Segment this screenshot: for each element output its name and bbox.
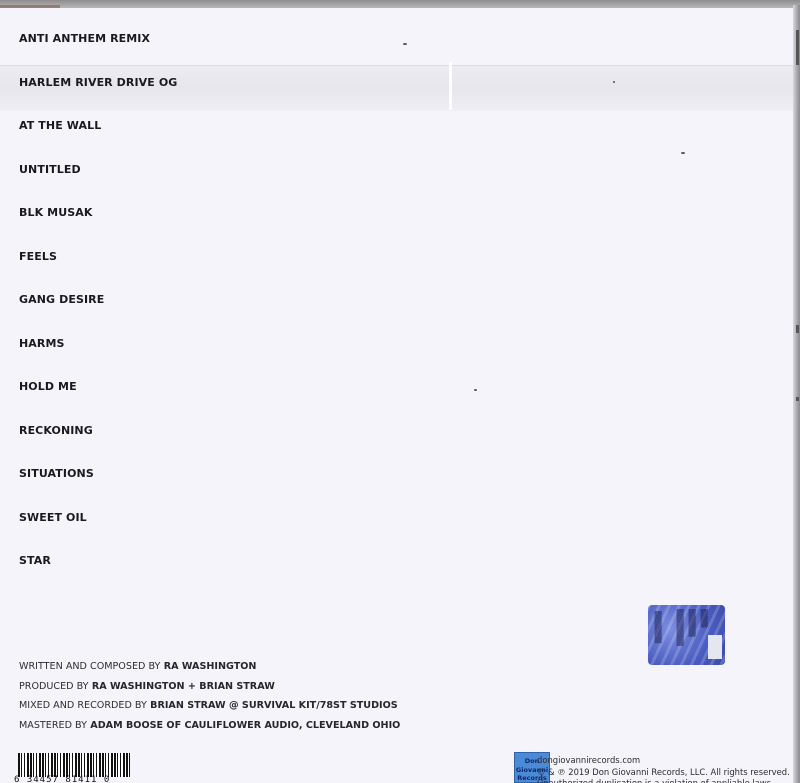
track-title: FEELS: [19, 250, 177, 294]
spine-mark: [796, 325, 799, 333]
barcode: 6 34457 81411 0: [14, 753, 134, 783]
label-legal-text: dongiovannirecords.com © & ℗ 2019 Don Gi…: [537, 755, 790, 783]
track-title: AT THE WALL: [19, 119, 177, 163]
track-title: ANTI ANTHEM REMIX: [19, 32, 177, 76]
credits-block: WRITTEN AND COMPOSED BY RA WASHINGTON PR…: [19, 661, 400, 739]
credit-mastered: MASTERED BY ADAM BOOSE OF CAULIFLOWER AU…: [19, 720, 400, 740]
shrinkwrap-glare: [449, 62, 452, 110]
track-title: STAR: [19, 554, 177, 598]
barcode-digits: 6 34457 81411 0: [14, 775, 110, 783]
credit-name: RA WASHINGTON: [164, 661, 257, 672]
track-title: UNTITLED: [19, 163, 177, 207]
hologram-code-label: [708, 635, 722, 659]
credit-role: MASTERED BY: [19, 720, 87, 731]
track-title: GANG DESIRE: [19, 293, 177, 337]
scan-top-edge: [0, 0, 800, 8]
track-title: SWEET OIL: [19, 511, 177, 555]
album-spine-edge: [793, 5, 800, 783]
tracklist: ANTI ANTHEM REMIX HARLEM RIVER DRIVE OG …: [19, 32, 177, 598]
hologram-print: ▒▒▒▒▒▒▒▒: [676, 609, 683, 646]
dust-speck: [474, 389, 477, 391]
label-website: dongiovannirecords.com: [537, 755, 790, 767]
track-title: RECKONING: [19, 424, 177, 468]
track-title: HOLD ME: [19, 380, 177, 424]
hologram-security-sticker: ▒▒▒▒▒▒▒ ▒▒▒▒▒▒▒▒ ▒▒▒▒▒▒ ▒▒▒▒: [648, 605, 725, 665]
copyright-notice: © & ℗ 2019 Don Giovanni Records, LLC. Al…: [537, 767, 790, 779]
credit-produced: PRODUCED BY RA WASHINGTON + BRIAN STRAW: [19, 681, 400, 701]
duplication-warning: Unauthorized duplication is a violation …: [537, 778, 790, 783]
track-title: HARMS: [19, 337, 177, 381]
credit-role: PRODUCED BY: [19, 681, 89, 692]
barcode-bars: [18, 753, 130, 777]
track-title: HARLEM RIVER DRIVE OG: [19, 76, 177, 120]
dust-speck: [681, 152, 685, 154]
hologram-print: ▒▒▒▒▒▒▒: [654, 611, 661, 643]
credit-name: BRIAN STRAW @ SURVIVAL KIT/78ST STUDIOS: [150, 700, 398, 711]
spine-mark: [796, 397, 799, 401]
hologram-print: ▒▒▒▒: [700, 609, 707, 627]
credit-role: MIXED AND RECORDED BY: [19, 700, 147, 711]
hologram-print: ▒▒▒▒▒▒: [688, 609, 695, 637]
credit-mixed: MIXED AND RECORDED BY BRIAN STRAW @ SURV…: [19, 700, 400, 720]
dust-speck: [403, 43, 407, 45]
credit-name: ADAM BOOSE OF CAULIFLOWER AUDIO, CLEVELA…: [90, 720, 400, 731]
credit-written: WRITTEN AND COMPOSED BY RA WASHINGTON: [19, 661, 400, 681]
credit-role: WRITTEN AND COMPOSED BY: [19, 661, 160, 672]
track-title: BLK MUSAK: [19, 206, 177, 250]
credit-name: RA WASHINGTON + BRIAN STRAW: [92, 681, 275, 692]
spine-mark: [796, 30, 799, 65]
track-title: SITUATIONS: [19, 467, 177, 511]
dust-speck: [613, 81, 615, 83]
